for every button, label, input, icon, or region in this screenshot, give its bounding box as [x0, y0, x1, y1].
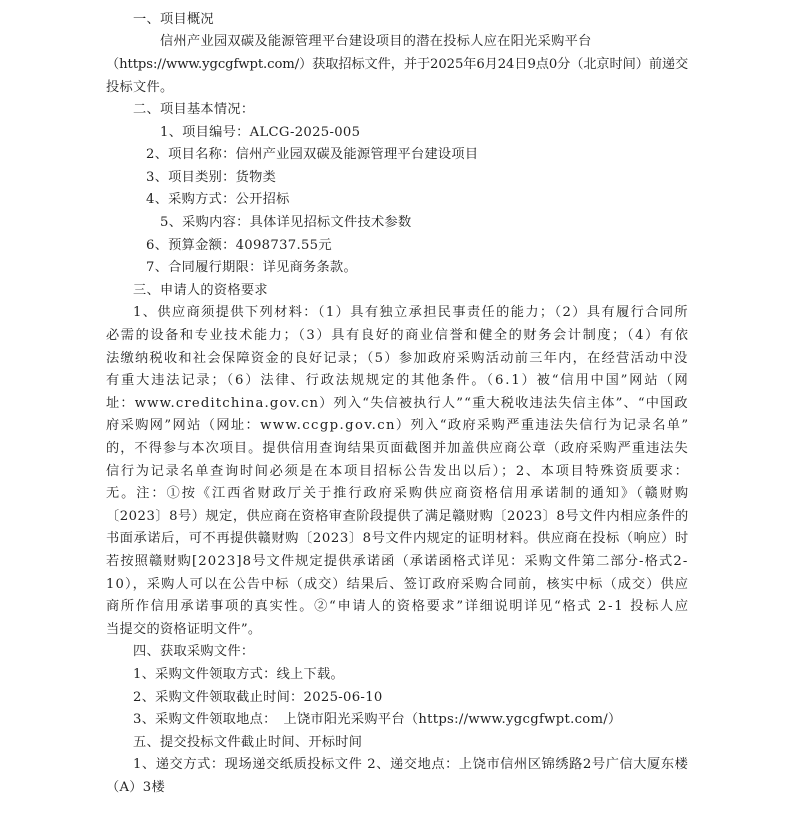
text-line-s3-l2: 必需的设备和专业技术能力；（3）具有良好的商业信誉和健全的财务会计制度；（4）有…: [106, 327, 688, 345]
text-line-s3-l13: 10），采购人可以在公告中标（成交）结果后、签订政府采购合同前，核实中标（成交）…: [106, 576, 688, 594]
text-line-s1-p3: 投标文件。: [106, 79, 173, 97]
text-line-s2-item6: 6、预算金额：4098737.55元: [146, 237, 332, 255]
text-line-s3-l14: 商所作信用承诺事项的真实性。②“申请人的资格要求”详细说明详见“格式 2-1 投…: [106, 598, 688, 616]
text-line-s2-item5: 5、采购内容：具体详见招标文件技术参数: [160, 214, 411, 232]
text-line-s2-item2: 2、项目名称：信州产业园双碳及能源管理平台建设项目: [146, 146, 478, 164]
text-line-s5-heading: 五、提交投标文件截止时间、开标时间: [133, 734, 362, 752]
text-line-s2-item3: 3、项目类别：货物类: [146, 169, 276, 187]
text-line-s2-item4: 4、采购方式：公开招标: [146, 191, 290, 209]
text-line-s5-l1: 1、递交方式：现场递交纸质投标文件 2、递交地点：上饶市信州区锦绣路2号广信大厦…: [133, 756, 688, 774]
text-line-s5-l2: （A）3楼: [106, 779, 165, 797]
text-line-s3-l3: 法缴纳税收和社会保障资金的良好记录；（5）参加政府采购活动前三年内，在经营活动中…: [106, 350, 688, 368]
text-line-s3-l10: 〔2023〕8号）规定，供应商在资格审查阶段提供了满足赣财购〔2023〕8号文件…: [106, 508, 688, 526]
text-line-s3-l5: 址：www.creditchina.gov.cn）列入“失信被执行人”“重大税收…: [106, 395, 688, 413]
text-line-s3-l8: 信行为记录名单查询时间必须是在本项目招标公告发出以后）；2、本项目特殊资质要求：: [106, 463, 688, 481]
text-line-s3-l6: 府采购网”网站（网址：www.ccgp.gov.cn）列入“政府采购严重违法失信…: [106, 417, 688, 435]
text-line-s4-heading: 四、获取采购文件：: [133, 643, 254, 661]
text-line-s1-p2: （https://www.ygcgfwpt.com/）获取招标文件，并于2025…: [106, 56, 688, 74]
text-line-s3-l11: 书面承诺后，可不再提供赣财购〔2023〕8号文件内规定的证明材料。供应商在投标（…: [106, 530, 688, 548]
text-line-s1-p1: 信州产业园双碳及能源管理平台建设项目的潜在投标人应在阳光采购平台: [160, 33, 592, 51]
text-line-s3-l12: 若按照赣财购[2023]8号文件规定提供承诺函（承诺函格式详见：采购文件第二部分…: [106, 553, 688, 571]
text-line-s2-heading: 二、项目基本情况：: [133, 101, 254, 119]
text-line-s3-l4: 有重大违法记录；（6）法律、行政法规规定的其他条件。（6.1）被“信用中国”网站…: [106, 372, 688, 390]
tender-announcement-document: 一、项目概况信州产业园双碳及能源管理平台建设项目的潜在投标人应在阳光采购平台（h…: [0, 0, 793, 814]
text-line-s3-l15: 当提交的资格证明文件”。: [106, 621, 261, 639]
text-line-s4-item2: 2、采购文件领取截止时间：2025-06-10: [133, 689, 383, 707]
text-line-s3-l1: 1、供应商须提供下列材料：（1）具有独立承担民事责任的能力；（2）具有履行合同所: [133, 304, 688, 322]
text-line-s4-item1: 1、采购文件领取方式：线上下载。: [133, 666, 344, 684]
text-line-s2-item7: 7、合同履行期限：详见商务条款。: [146, 259, 357, 277]
text-line-s1-heading: 一、项目概况: [133, 11, 214, 29]
text-line-s3-l7: 的，不得参与本次项目。提供信用查询结果页面截图并加盖供应商公章（政府采购严重违法…: [106, 440, 688, 458]
text-line-s4-item3: 3、采购文件领取地点： 上饶市阳光采购平台（https://www.ygcgfw…: [133, 711, 622, 729]
text-line-s3-heading: 三、申请人的资格要求: [133, 282, 268, 300]
text-line-s2-item1: 1、项目编号：ALCG-2025-005: [160, 124, 360, 142]
text-line-s3-l9: 无。注：①按《江西省财政厅关于推行政府采购供应商资格信用承诺制的通知》（赣财购: [106, 485, 688, 503]
